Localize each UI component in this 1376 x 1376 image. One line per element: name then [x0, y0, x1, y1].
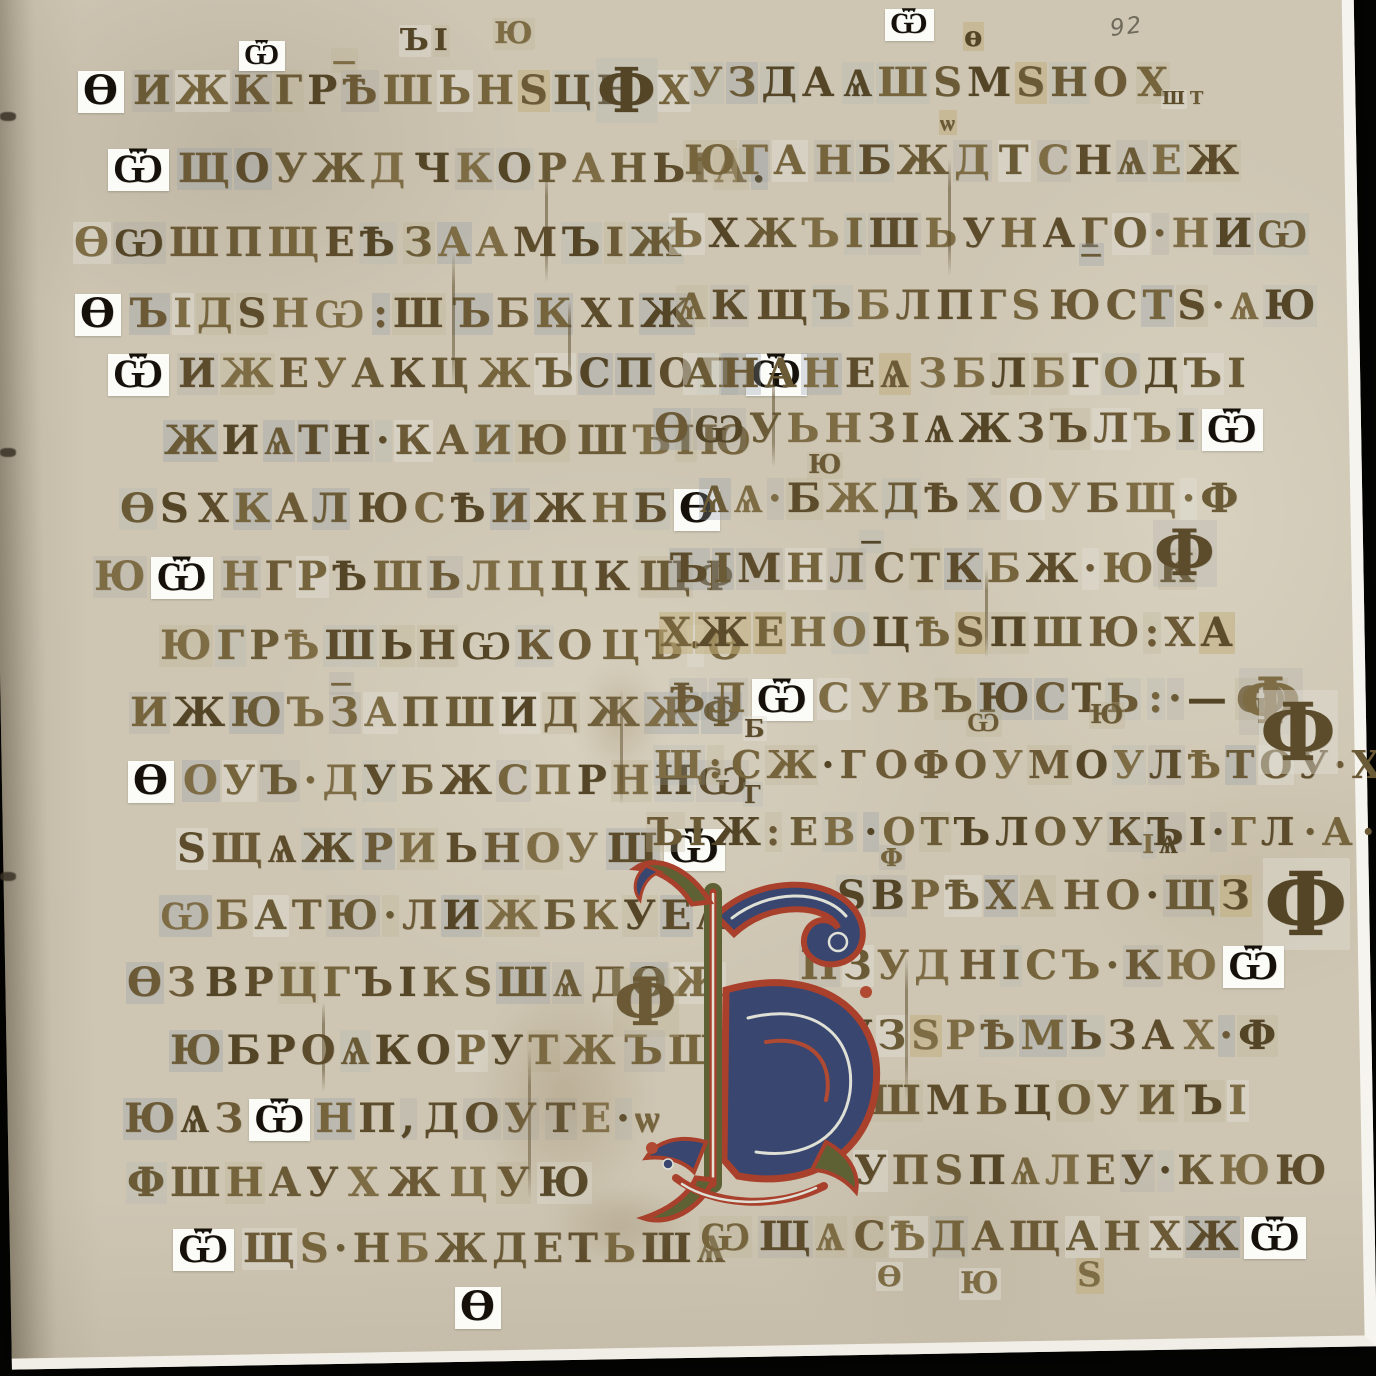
glyph: Т	[998, 140, 1031, 182]
glyph: Н	[225, 1162, 266, 1204]
text-line: ѦѦ·БЖДѢ Х ОУБЩ·Ф	[698, 478, 1241, 520]
glyph: Р	[944, 1015, 977, 1057]
glyph: ·	[1167, 678, 1184, 720]
glyph: Х	[347, 1162, 381, 1204]
glyph: З	[403, 222, 435, 264]
text-line: ШТ	[1160, 90, 1206, 109]
glyph: І	[433, 25, 450, 57]
glyph: А	[1321, 812, 1355, 852]
ink-descender	[545, 168, 548, 283]
ink-descender	[985, 568, 988, 658]
glyph: Ѳ	[126, 962, 164, 1004]
glyph: Ю	[683, 140, 737, 182]
glyph: В	[895, 678, 932, 720]
glyph: Ж	[301, 828, 356, 870]
glyph: :	[707, 745, 724, 785]
glyph: Ъ	[812, 285, 853, 327]
highlighted-glyph: Ѳ	[78, 71, 124, 113]
glyph: У	[1047, 478, 1082, 520]
glyph: І	[1141, 832, 1156, 859]
glyph: З	[329, 692, 361, 734]
glyph: С	[578, 353, 613, 395]
glyph: ·	[375, 420, 392, 462]
glyph: У	[1096, 1080, 1131, 1122]
glyph: ·	[1218, 1015, 1235, 1057]
glyph: Б	[743, 716, 767, 741]
glyph: Д	[930, 1216, 969, 1258]
glyph: Ь	[427, 556, 463, 598]
glyph: Х	[197, 488, 231, 530]
glyph: З	[866, 408, 898, 450]
glyph: ·	[1144, 875, 1161, 917]
glyph: Щ	[177, 148, 232, 190]
glyph: А	[474, 222, 510, 264]
glyph: Х	[659, 612, 693, 654]
glyph: Б	[399, 760, 436, 802]
glyph: О	[525, 828, 563, 870]
glyph: И	[441, 895, 482, 937]
glyph: Ц	[278, 962, 320, 1004]
glyph: Ъ	[801, 213, 842, 255]
glyph: У	[222, 760, 257, 802]
glyph: Б	[985, 548, 1022, 590]
glyph: Н	[475, 70, 516, 112]
glyph: Л	[465, 556, 503, 598]
glyph: Ѡ	[313, 293, 366, 335]
glyph: Н	[1171, 213, 1212, 255]
glyph: ·	[1104, 945, 1121, 987]
glyph: К	[593, 556, 632, 598]
text-line: Ф	[1262, 858, 1351, 950]
glyph: И	[473, 420, 514, 462]
highlighted-glyph: Ѿ	[249, 1099, 310, 1141]
glyph: Ж	[175, 70, 230, 112]
glyph: Ш	[392, 293, 446, 335]
glyph: Ю	[1089, 702, 1125, 729]
glyph: Н	[801, 353, 842, 395]
glyph: И	[1137, 1080, 1178, 1122]
glyph: Ѧ	[263, 420, 295, 462]
glyph: ·	[1361, 812, 1376, 852]
glyph: Ф	[1199, 478, 1240, 520]
glyph: І	[172, 293, 194, 335]
glyph: Б	[1085, 478, 1122, 520]
glyph: Е	[1084, 1150, 1118, 1192]
highlighted-glyph: Ѿ	[1202, 409, 1263, 451]
glyph: Н	[270, 293, 311, 335]
glyph: Щ	[1124, 478, 1179, 520]
text-layer: 92	[0, 0, 1376, 1376]
glyph: Ѧ	[1229, 285, 1261, 327]
glyph: Л	[709, 678, 747, 720]
glyph: Ь	[974, 1080, 1010, 1122]
glyph: Ж	[958, 408, 1013, 450]
glyph: :	[1147, 678, 1165, 720]
glyph: Г	[1229, 812, 1258, 852]
glyph: П	[224, 222, 265, 264]
glyph: Т	[1225, 745, 1256, 785]
text-line: Ѿ ЩОУЖД ЧКОРАНЬІА.	[105, 148, 769, 191]
glyph: Ѕ	[236, 293, 268, 335]
glyph: Б	[394, 1228, 431, 1270]
glyph: Ъ	[561, 222, 602, 264]
glyph: Л	[1044, 1150, 1082, 1192]
glyph: М	[925, 1080, 972, 1122]
ink-descender	[568, 300, 571, 385]
glyph: Ж	[1185, 1216, 1240, 1258]
glyph: Ф	[126, 1162, 167, 1204]
glyph: З	[917, 353, 949, 395]
glyph: А	[253, 895, 289, 937]
glyph: Д	[1142, 353, 1181, 395]
glyph: Л	[994, 812, 1031, 852]
glyph: А	[1141, 1015, 1177, 1057]
glyph: И	[220, 420, 261, 462]
glyph: У	[689, 62, 724, 104]
glyph: Ю	[356, 488, 410, 530]
glyph: А	[350, 353, 386, 395]
glyph: Д	[369, 148, 408, 190]
text-line: Ю	[492, 18, 536, 50]
glyph: Е	[277, 353, 311, 395]
glyph: Б	[855, 285, 892, 327]
glyph: ѡ	[939, 110, 957, 135]
glyph: К	[388, 353, 427, 395]
glyph: Ъ	[669, 548, 710, 590]
glyph: С	[730, 745, 763, 785]
glyph: Ю	[229, 692, 283, 734]
glyph: О	[831, 612, 869, 654]
glyph: ·	[1157, 1150, 1174, 1192]
glyph: О	[1112, 213, 1150, 255]
glyph: Н	[1049, 62, 1090, 104]
glyph: Ъ	[399, 25, 431, 57]
glyph: Т	[291, 895, 324, 937]
text-line: ѲѠУЬНЗІѦЖЗЪЛЪІѾ	[652, 408, 1266, 451]
glyph: К	[1176, 1150, 1215, 1192]
glyph: Ф	[1153, 520, 1217, 587]
glyph: Н	[785, 548, 826, 590]
glyph: Ѧ	[879, 353, 911, 395]
binding-mark	[0, 448, 16, 457]
glyph: ·	[333, 1228, 350, 1270]
glyph: С	[1105, 285, 1140, 327]
glyph: :	[372, 293, 390, 335]
glyph: І	[397, 962, 419, 1004]
text-line: ХЖЕНОЦѢЅПШЮ:ХА	[658, 612, 1236, 654]
glyph: Н	[721, 353, 762, 395]
glyph: Ѡ	[1256, 213, 1309, 255]
glyph: Ю	[1165, 945, 1219, 987]
glyph: Ѳ	[876, 1262, 903, 1291]
glyph: А	[435, 420, 471, 462]
glyph: Р	[536, 148, 569, 190]
text-line: Ѳ	[875, 1262, 904, 1291]
glyph: А	[274, 488, 310, 530]
glyph: З	[1220, 875, 1252, 917]
glyph: Ѕ	[1176, 285, 1208, 327]
text-line: Г	[742, 782, 764, 807]
illuminated-initial-B	[616, 842, 916, 1242]
glyph: Д	[196, 293, 235, 335]
glyph: Ю	[169, 1030, 223, 1072]
glyph: Ш	[876, 62, 930, 104]
glyph: Ѕ	[518, 70, 550, 112]
glyph: С	[1034, 678, 1069, 720]
glyph: Л	[1148, 745, 1185, 785]
glyph: Х	[1182, 1015, 1216, 1057]
glyph: Н	[814, 140, 855, 182]
glyph: Ф	[1259, 690, 1338, 774]
glyph: Ь	[379, 625, 415, 667]
glyph: О	[874, 745, 910, 785]
text-line: ЮѾ НГРѢШЬЛЦЦК ЩФ	[92, 556, 737, 599]
glyph: Ъ	[953, 812, 992, 852]
glyph: Н	[999, 213, 1040, 255]
glyph: Ь	[785, 408, 821, 450]
glyph: А	[1042, 213, 1078, 255]
glyph: І	[844, 213, 866, 255]
glyph: Л	[894, 285, 932, 327]
text-line: Ѡ	[965, 710, 1003, 737]
glyph: Н	[1073, 140, 1114, 182]
glyph: Х	[984, 875, 1018, 917]
glyph: Б	[1031, 353, 1068, 395]
glyph: Ъ	[1184, 1080, 1225, 1122]
text-line: Ѳ	[452, 1286, 504, 1329]
glyph: Ь	[437, 70, 473, 112]
glyph: И	[397, 828, 438, 870]
glyph: Ю	[1217, 1150, 1271, 1192]
glyph: П	[357, 1098, 398, 1140]
glyph: А	[1020, 875, 1056, 917]
glyph: Л	[312, 488, 350, 530]
glyph: Ю	[1263, 285, 1317, 327]
glyph: Ш	[1031, 612, 1085, 654]
glyph: К	[710, 285, 749, 327]
glyph: С	[496, 760, 531, 802]
glyph: Ь	[923, 213, 959, 255]
glyph: Ѳ	[73, 222, 111, 264]
glyph: Н	[482, 828, 523, 870]
glyph: Ф	[1237, 1015, 1278, 1057]
glyph: І	[616, 293, 638, 335]
glyph: Ѡ	[159, 895, 212, 937]
text-line: —	[330, 48, 359, 73]
glyph: И	[177, 353, 218, 395]
glyph: Ѡ	[113, 222, 166, 264]
manuscript-scan: 92	[0, 0, 1376, 1376]
glyph: Ъ	[354, 962, 395, 1004]
glyph: А	[772, 140, 808, 182]
glyph: І	[712, 548, 734, 590]
glyph: У	[1120, 1150, 1155, 1192]
glyph: —	[1186, 678, 1229, 720]
glyph: Ѣ	[359, 222, 397, 264]
glyph: Д	[321, 760, 360, 802]
glyph: Х	[1350, 745, 1376, 785]
glyph: Н	[221, 556, 262, 598]
glyph: О	[496, 148, 534, 190]
glyph: Ѧ	[179, 1098, 211, 1140]
glyph: Ц	[871, 612, 913, 654]
text-line: Ю	[1088, 702, 1126, 729]
glyph: А	[763, 353, 799, 395]
glyph: ·	[1082, 548, 1099, 590]
glyph: Ѕ	[933, 1150, 965, 1192]
text-line: Ф	[595, 58, 659, 123]
glyph: Ѣ	[449, 488, 487, 530]
text-line: Ѕ	[1075, 1258, 1105, 1294]
glyph: Ф	[596, 58, 658, 123]
glyph: И	[129, 692, 170, 734]
glyph: Л	[401, 895, 439, 937]
glyph: ѳ	[963, 22, 984, 51]
glyph: ·	[382, 895, 399, 937]
glyph: Ъ	[1049, 408, 1090, 450]
glyph: Н	[332, 420, 373, 462]
glyph: Ѣ	[944, 875, 982, 917]
glyph: Ю	[159, 625, 213, 667]
glyph: Ѣ	[1187, 745, 1223, 785]
glyph: Ъ	[452, 293, 493, 335]
glyph: Ю	[93, 556, 147, 598]
text-line: ѦК ЩЪБЛПГЅ ЮСТЅ·ѦЮ	[675, 285, 1318, 327]
glyph: —	[1079, 243, 1104, 266]
glyph: Е	[844, 353, 878, 395]
text-line: Б	[742, 716, 768, 741]
glyph: И	[1213, 213, 1254, 255]
glyph: Ю	[1048, 285, 1102, 327]
glyph: А	[801, 62, 837, 104]
glyph: Ѡ	[966, 710, 1002, 737]
glyph: Л	[1092, 408, 1130, 450]
text-line: Ѳ ЪІДЅНѠ :Ш ЪБК ХІЖ	[72, 293, 696, 336]
glyph: У	[362, 760, 397, 802]
glyph: Н	[314, 1098, 355, 1140]
text-line: Ѿ	[882, 8, 937, 41]
glyph: Х	[707, 213, 741, 255]
glyph: Б	[856, 140, 893, 182]
glyph: Х	[579, 293, 613, 335]
glyph: П	[615, 353, 656, 395]
highlighted-glyph: Ѿ	[173, 1229, 234, 1271]
glyph: Л	[828, 548, 866, 590]
glyph: Г	[321, 962, 352, 1004]
glyph: Ж	[532, 488, 587, 530]
glyph: Е	[753, 612, 787, 654]
glyph: И	[499, 692, 540, 734]
glyph: Ѳ	[653, 408, 691, 450]
glyph: Ѕ	[299, 1228, 331, 1270]
glyph: Ѕ	[159, 488, 191, 530]
glyph: Н	[823, 408, 864, 450]
ink-descender	[322, 1002, 325, 1092]
glyph: Ю	[515, 420, 569, 462]
glyph: О	[1104, 875, 1142, 917]
glyph: Ѧ	[733, 478, 765, 520]
glyph: Ѣ	[341, 70, 379, 112]
glyph: Х	[1163, 612, 1197, 654]
glyph: Ш	[381, 70, 435, 112]
glyph: Ѕ	[1010, 285, 1042, 327]
glyph: І	[1176, 408, 1198, 450]
glyph: Ж	[477, 353, 532, 395]
glyph: Т	[919, 812, 950, 852]
glyph: :	[1143, 612, 1161, 654]
glyph: Ѧ	[267, 828, 299, 870]
glyph: Ѕ	[1076, 1258, 1104, 1294]
glyph: Н	[590, 488, 631, 530]
glyph: Ѡ	[693, 408, 746, 450]
glyph: Ѧ	[1158, 832, 1180, 859]
glyph: Б	[225, 1030, 262, 1072]
glyph: Ю	[959, 1268, 1001, 1300]
glyph: Ц	[429, 353, 471, 395]
glyph: Г	[978, 285, 1009, 327]
folio-number: 92	[1109, 12, 1145, 42]
glyph: Ш	[576, 420, 630, 462]
glyph: Ѧ	[1116, 140, 1148, 182]
glyph: Ш	[443, 692, 497, 734]
glyph: ·	[767, 478, 784, 520]
glyph: Е	[323, 222, 357, 264]
ink-descender	[452, 252, 455, 387]
glyph: М	[1027, 745, 1072, 785]
glyph: Щ	[266, 222, 321, 264]
glyph: Е	[1150, 140, 1184, 182]
glyph: Ъ	[129, 293, 170, 335]
glyph: Ѳ	[119, 488, 157, 530]
glyph: Ѡ	[460, 625, 513, 667]
glyph: Ж	[311, 148, 366, 190]
glyph: К	[944, 548, 983, 590]
glyph: К	[515, 625, 554, 667]
highlighted-glyph: Ѿ	[239, 41, 285, 71]
glyph: Т	[1189, 90, 1205, 109]
glyph: У	[991, 745, 1025, 785]
glyph: ,	[400, 1098, 417, 1140]
glyph: К	[455, 148, 494, 190]
glyph: Д	[953, 140, 992, 182]
glyph: У	[961, 213, 996, 255]
glyph: У	[565, 828, 600, 870]
glyph: М	[966, 62, 1013, 104]
glyph: О	[1092, 62, 1130, 104]
glyph: П	[988, 612, 1029, 654]
ink-descender	[948, 158, 951, 276]
glyph: Щ	[1163, 875, 1218, 917]
glyph: Р	[243, 962, 276, 1004]
glyph: О	[182, 760, 220, 802]
glyph: К	[232, 70, 271, 112]
glyph: У	[857, 678, 892, 720]
glyph: Ж	[765, 745, 818, 785]
glyph: Ь	[1069, 1015, 1105, 1057]
glyph: Ю	[123, 1098, 177, 1140]
ink-descender	[772, 372, 775, 467]
text-line: —	[858, 530, 885, 553]
glyph: Ж	[825, 478, 880, 520]
glyph: Ѧ	[924, 408, 956, 450]
glyph: У	[274, 148, 309, 190]
text-line: ЬХЖЪІШЬУНАГО·НИѠ	[668, 213, 1310, 255]
glyph: Х	[657, 70, 691, 112]
glyph: У	[1071, 812, 1105, 852]
glyph: ·	[302, 760, 319, 802]
glyph: Г	[263, 556, 294, 598]
glyph: Т	[909, 548, 942, 590]
